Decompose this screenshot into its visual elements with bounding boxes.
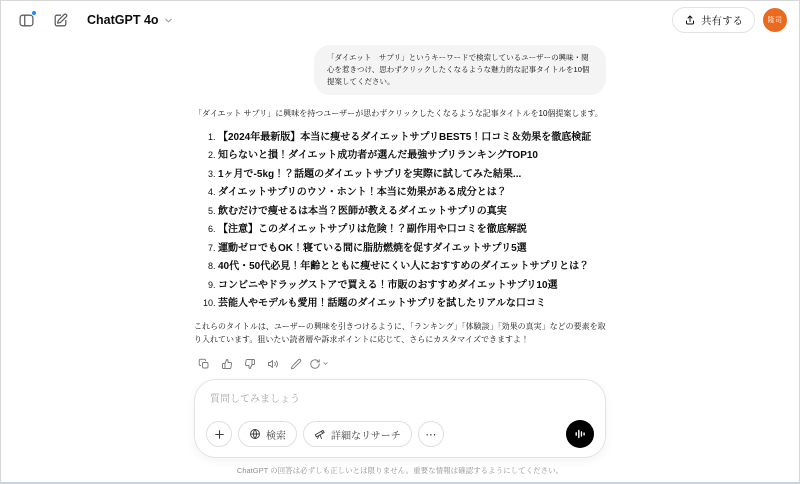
- assistant-intro-text: 「ダイエット サプリ」に興味を持つユーザーが思わずクリックしたくなるような記事タ…: [194, 108, 606, 121]
- new-chat-icon: [52, 12, 69, 29]
- copy-button[interactable]: [194, 355, 214, 373]
- top-bar: ChatGPT 4o 共有する 隆司: [1, 1, 799, 39]
- deep-research-label: 詳細なリサーチ: [331, 427, 401, 442]
- composer-area: 検索 詳細なリサーチ ⋯ ChatGPT の回答は必ずしも正しいとは限りません。…: [1, 379, 799, 482]
- user-message-bubble: 「ダイエット サプリ」というキーワードで検索しているユーザーの興味・関心を惹きつ…: [314, 45, 606, 95]
- article-title-item: 40代・50代必見！年齢とともに痩せにくい人におすすめのダイエットサプリとは？: [218, 260, 606, 274]
- deep-research-button[interactable]: 詳細なリサーチ: [303, 421, 412, 447]
- disclaimer-text: ChatGPT の回答は必ずしも正しいとは限りません。重要な情報は確認するように…: [1, 458, 799, 482]
- copy-icon: [198, 358, 210, 370]
- article-title-text: コンビニやドラッグストアで買える！市販のおすすめダイエットサプリ10選: [218, 280, 558, 291]
- regenerate-icon: [309, 358, 321, 370]
- article-title-item: ダイエットサプリのウソ・ホント！本当に効果がある成分とは？: [218, 186, 606, 200]
- attach-button[interactable]: [206, 421, 232, 447]
- article-title-item: 【注意】このダイエットサプリは危険！？副作用や口コミを徹底解説: [218, 223, 606, 237]
- chatgpt-window: ChatGPT 4o 共有する 隆司 「ダイエット サプリ」というキーワードで検…: [0, 0, 800, 484]
- top-bar-left: ChatGPT 4o: [13, 7, 180, 33]
- search-label: 検索: [266, 427, 286, 442]
- model-label: ChatGPT 4o: [87, 13, 159, 27]
- notification-dot-icon: [31, 10, 37, 16]
- sidebar-toggle-button[interactable]: [13, 7, 39, 33]
- thumbs-down-icon: [244, 358, 256, 370]
- article-title-item: 運動ゼロでもOK！寝ている間に脂肪燃焼を促すダイエットサプリ5選: [218, 242, 606, 256]
- voice-mode-button[interactable]: [566, 420, 594, 448]
- article-title-item: コンビニやドラッグストアで買える！市販のおすすめダイエットサプリ10選: [218, 279, 606, 293]
- edit-in-canvas-button[interactable]: [286, 355, 306, 373]
- read-aloud-button[interactable]: [263, 355, 283, 373]
- article-title-item: 知らないと損！ダイエット成功者が選んだ最強サプリランキングTOP10: [218, 149, 606, 163]
- message-input[interactable]: [206, 389, 594, 406]
- article-title-item: 1ヶ月で-5kg！？話題のダイエットサプリを実際に試してみた結果...: [218, 168, 606, 182]
- read-aloud-icon: [267, 358, 279, 370]
- thread: 「ダイエット サプリ」というキーワードで検索しているユーザーの興味・関心を惹きつ…: [194, 45, 606, 373]
- article-title-list: 【2024年最新版】本当に痩せるダイエットサプリBEST5！口コミ＆効果を徹底検…: [194, 131, 606, 311]
- chevron-down-icon: [163, 15, 174, 26]
- article-title-text: 1ヶ月で-5kg！？話題のダイエットサプリを実際に試してみた結果...: [218, 169, 521, 180]
- chevron-down-icon: [322, 360, 329, 367]
- more-options-button[interactable]: ⋯: [418, 421, 444, 447]
- regenerate-button[interactable]: [309, 355, 329, 373]
- globe-icon: [249, 428, 261, 440]
- thumbs-up-icon: [221, 358, 233, 370]
- article-title-item: 芸能人やモデルも愛用！話題のダイエットサプリを試したリアルな口コミ: [218, 297, 606, 311]
- composer-toolbar: 検索 詳細なリサーチ ⋯: [206, 420, 594, 448]
- article-title-text: 運動ゼロでもOK！寝ている間に脂肪燃焼を促すダイエットサプリ5選: [218, 243, 527, 254]
- assistant-closing-text: これらのタイトルは、ユーザーの興味を引きつけるように、「ランキング」「体験談」「…: [194, 321, 606, 347]
- article-title-text: ダイエットサプリのウソ・ホント！本当に効果がある成分とは？: [218, 187, 507, 198]
- article-title-item: 飲むだけで痩せるは本当？医師が教えるダイエットサプリの真実: [218, 205, 606, 219]
- article-title-text: 飲むだけで痩せるは本当？医師が教えるダイエットサプリの真実: [218, 206, 507, 217]
- search-button[interactable]: 検索: [238, 421, 297, 447]
- conversation-area: 「ダイエット サプリ」というキーワードで検索しているユーザーの興味・関心を惹きつ…: [1, 39, 799, 379]
- article-title-item: 【2024年最新版】本当に痩せるダイエットサプリBEST5！口コミ＆効果を徹底検…: [218, 131, 606, 145]
- article-title-text: 知らないと損！ダイエット成功者が選んだ最強サプリランキングTOP10: [218, 150, 538, 161]
- composer: 検索 詳細なリサーチ ⋯: [194, 379, 606, 458]
- avatar[interactable]: 隆司: [763, 8, 787, 32]
- ellipsis-icon: ⋯: [425, 428, 436, 441]
- share-button[interactable]: 共有する: [672, 7, 755, 33]
- pencil-icon: [290, 358, 302, 370]
- article-title-text: 【注意】このダイエットサプリは危険！？副作用や口コミを徹底解説: [218, 224, 527, 235]
- assistant-message: 「ダイエット サプリ」に興味を持つユーザーが思わずクリックしたくなるような記事タ…: [194, 108, 606, 373]
- thumbs-down-button[interactable]: [240, 355, 260, 373]
- message-action-bar: [194, 355, 606, 373]
- voice-waveform-icon: [573, 427, 587, 441]
- article-title-text: 芸能人やモデルも愛用！話題のダイエットサプリを試したリアルな口コミ: [218, 298, 546, 309]
- telescope-icon: [314, 428, 326, 440]
- model-selector[interactable]: ChatGPT 4o: [81, 9, 180, 31]
- thumbs-up-button[interactable]: [217, 355, 237, 373]
- share-label: 共有する: [701, 13, 743, 28]
- plus-icon: [213, 428, 226, 441]
- top-bar-right: 共有する 隆司: [672, 7, 787, 33]
- article-title-text: 【2024年最新版】本当に痩せるダイエットサプリBEST5！口コミ＆効果を徹底検…: [218, 132, 591, 143]
- article-title-text: 40代・50代必見！年齢とともに痩せにくい人におすすめのダイエットサプリとは？: [218, 261, 589, 272]
- share-icon: [684, 14, 696, 26]
- new-chat-button[interactable]: [47, 7, 73, 33]
